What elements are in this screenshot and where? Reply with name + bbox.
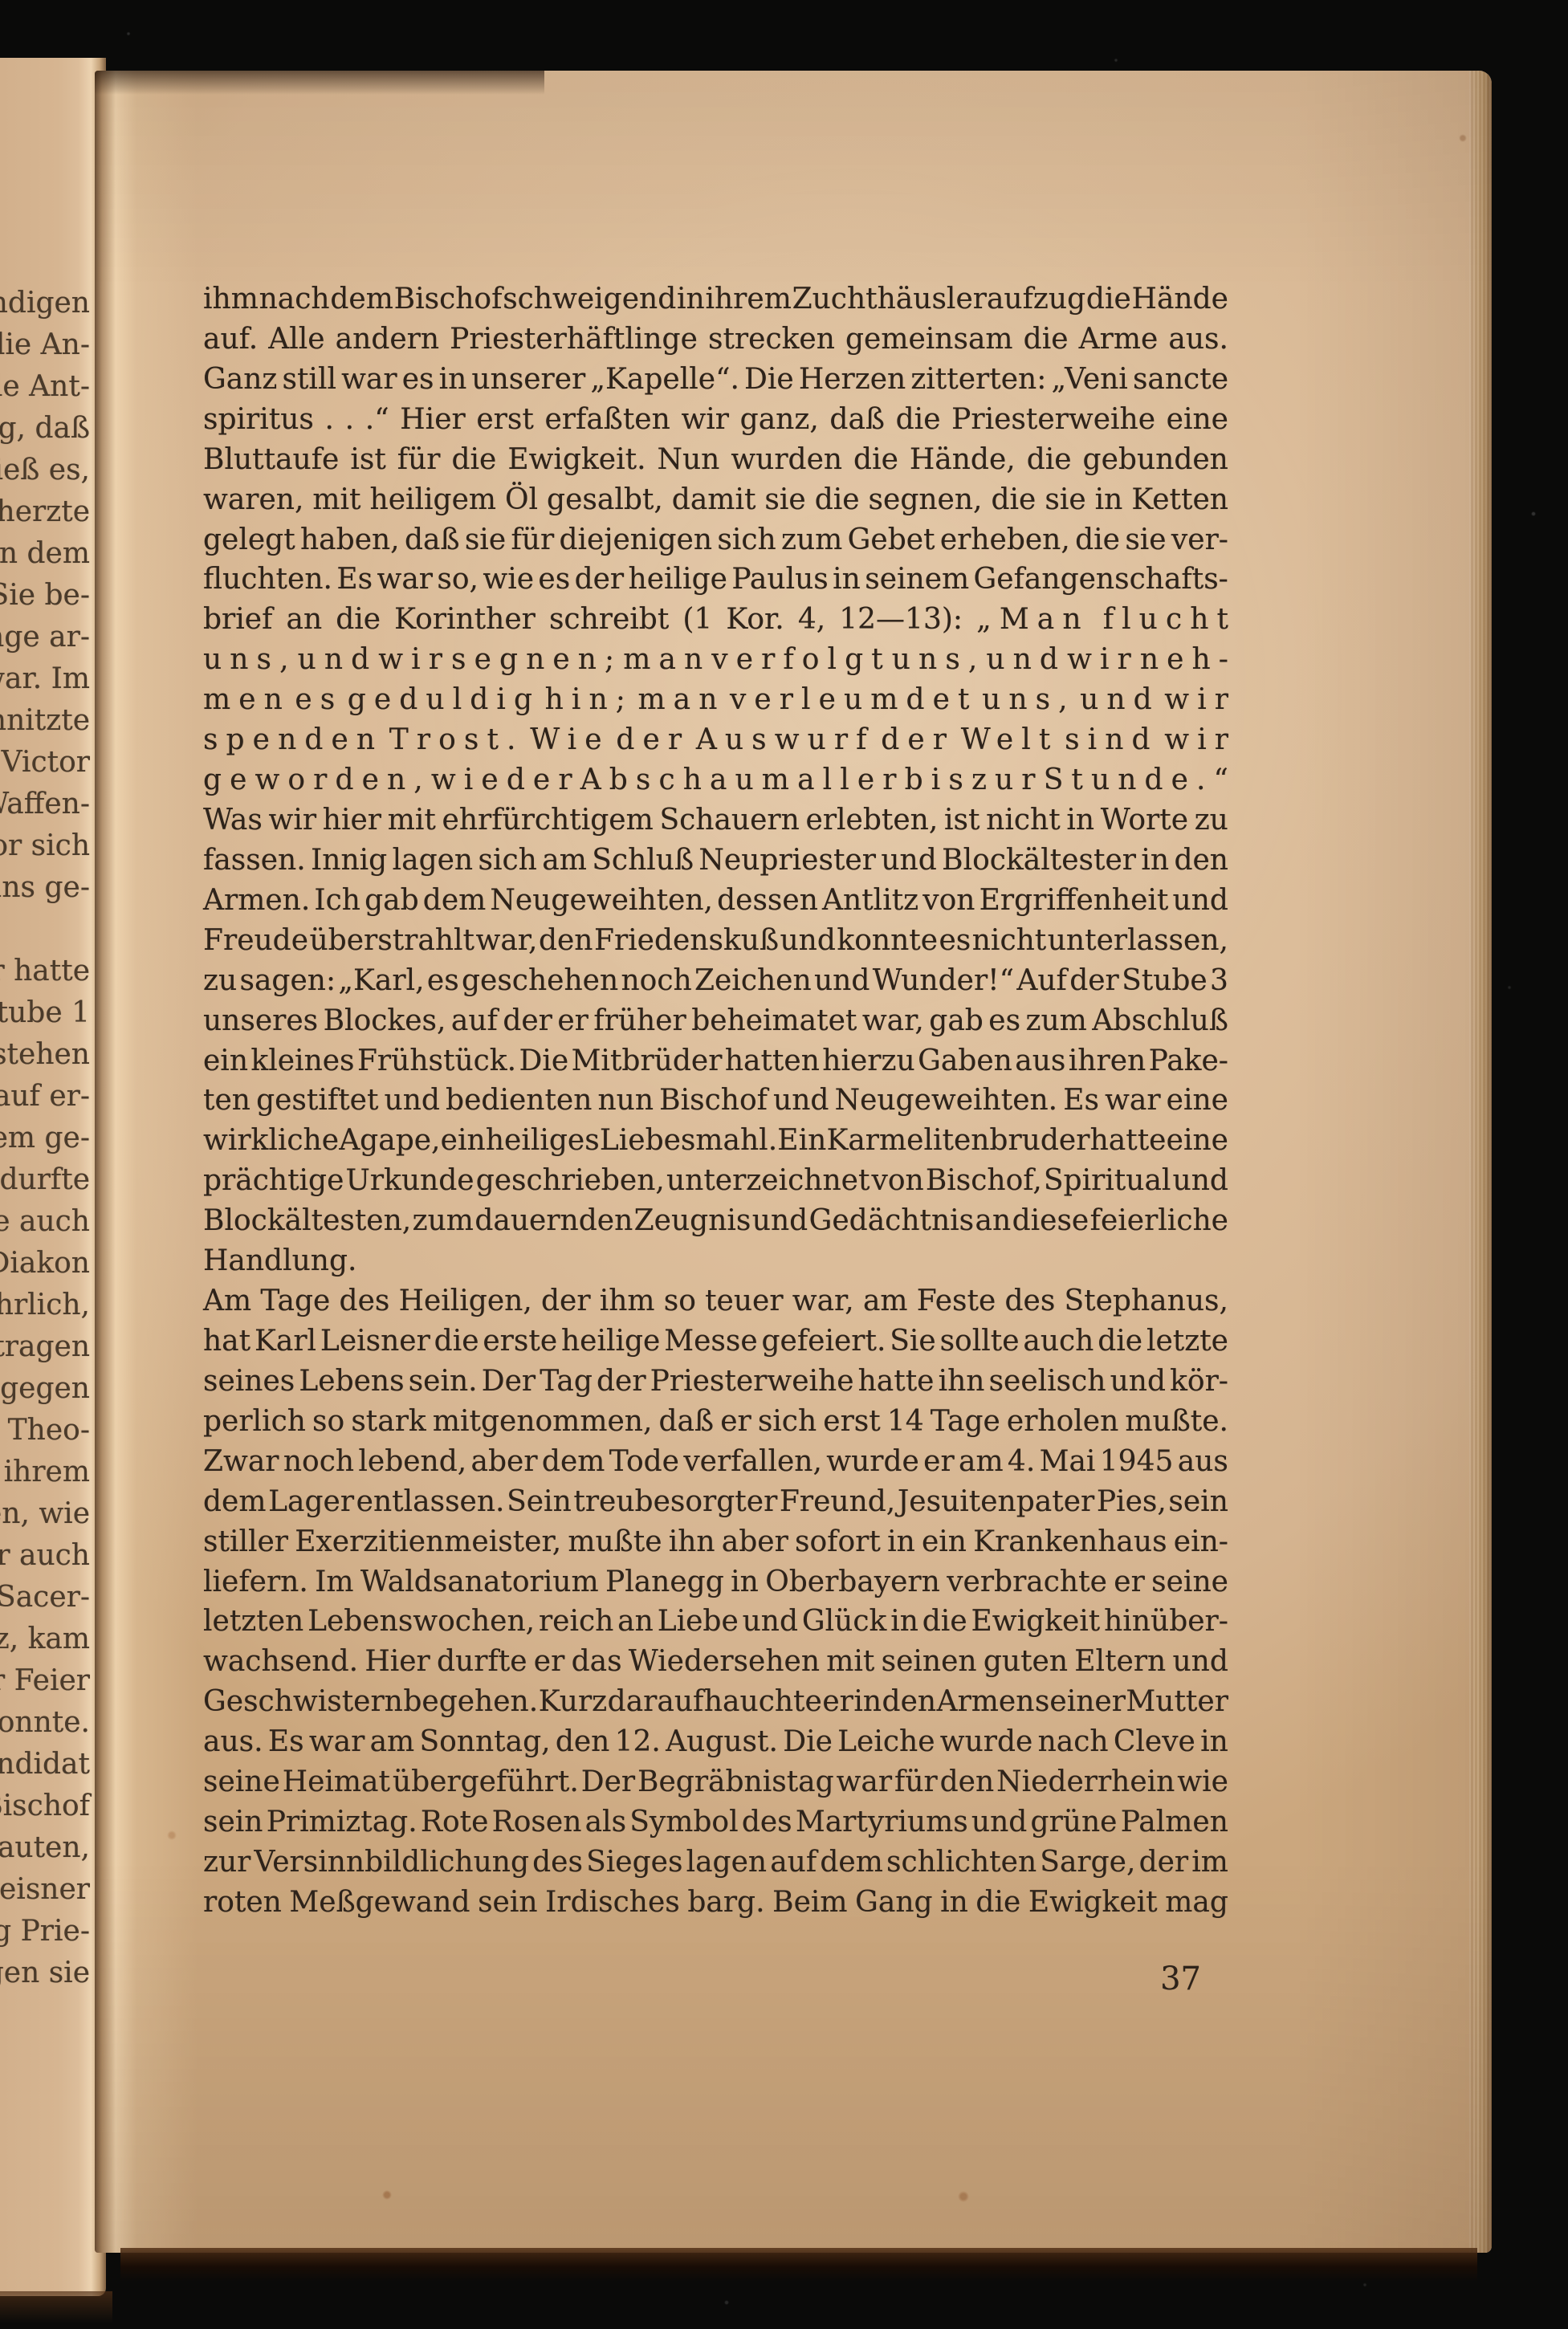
margin-fragment: rl Leisner (0, 1869, 90, 1911)
margin-fragment: hieß es, (0, 450, 90, 491)
text-line: Zwarnochlebend,aberdemTodeverfallen,wurd… (203, 1442, 1228, 1482)
margin-fragment: rschauten, (0, 1827, 90, 1869)
text-line: Freudeüberstrahltwar,denFriedenskußundko… (203, 921, 1228, 961)
text-line: gelegthaben,daßsiefürdiejenigensichzumGe… (203, 520, 1228, 560)
text-line: geworden,wiederAbschaumallerbiszurStunde… (203, 760, 1228, 800)
text-line: Armen.IchgabdemNeugeweihten,dessenAntlit… (203, 881, 1228, 921)
text-line: tengestiftetundbedientennunBischofundNeu… (203, 1081, 1228, 1121)
text-line: aus.EswaramSonntag,den12.August.DieLeich… (203, 1722, 1228, 1762)
margin-fragment: aber auch (0, 1535, 90, 1577)
margin-fragment: Waffen- (0, 784, 90, 825)
margin-fragment: ng, daß (0, 408, 90, 450)
margin-fragment: die An- (0, 324, 90, 366)
text-line: auf.AlleandernPriesterhäftlingestreckeng… (203, 320, 1228, 360)
margin-fragment: das Sacer- (0, 1577, 90, 1618)
margin-fragment: Beherzte (0, 491, 90, 533)
text-line: liefern.ImWaldsanatoriumPlanegginOberbay… (203, 1562, 1228, 1602)
text-line: ihmnachdemBischofschweigendinihremZuchth… (203, 279, 1228, 320)
text-line: AmTagedesHeiligen,derihmsoteuerwar,amFes… (203, 1281, 1228, 1321)
margin-fragment: er Bischof (0, 1785, 90, 1827)
margin-fragment: ißig Prie- (0, 1911, 90, 1952)
margin-fragment: er hatte (0, 951, 90, 992)
margin-fragment: nken, wie (0, 1493, 90, 1535)
margin-fragment: in ihrem (0, 1452, 90, 1493)
book-photo: ändigendie An-de Ant-ng, daßhieß es,Behe… (0, 0, 1568, 2329)
text-line: letztenLebenswochen,reichanLiebeundGlück… (203, 1602, 1228, 1642)
text-line: WaswirhiermitehrfürchtigemSchauernerlebt… (203, 800, 1228, 841)
text-line: einkleinesFrühstück.DieMitbrüderhattenhi… (203, 1041, 1228, 1081)
text-line: seineHeimatübergeführt.DerBegräbnistagwa… (203, 1762, 1228, 1802)
text-line: hatKarlLeisnerdieersteheiligeMessegefeie… (203, 1321, 1228, 1362)
margin-fragment: d durfte (0, 1159, 90, 1201)
margin-fragment: ft Victor (0, 742, 90, 784)
text-line: wachsend.HierdurfteerdasWiedersehenmitse… (203, 1642, 1228, 1682)
margin-fragment: uns ge- (0, 867, 90, 909)
text-line: uns,undwirsegnen;manverfolgtuns,undwirne… (203, 640, 1228, 680)
text-line: Ganzstillwaresinunserer„Kapelle“.DieHerz… (203, 360, 1228, 400)
margin-fragment: r stehen (0, 1034, 90, 1076)
margin-fragment: nie auch (0, 1201, 90, 1243)
margin-fragment: schnitzte (0, 700, 90, 742)
margin-fragment: arauf er- (0, 1076, 90, 1118)
text-line: spiritus...“Hierersterfaßtenwirganz,daßd… (203, 400, 1228, 440)
margin-fragment: Wahrlich, (0, 1285, 90, 1326)
margin-fragment: ändigen (0, 283, 90, 324)
margin-fragment: konnte. (0, 1702, 90, 1744)
margin-fragment: ekandidat (0, 1744, 90, 1785)
text-line: menesgeduldighin;manverleumdetuns,undwir (203, 680, 1228, 720)
main-text-block: ihmnachdemBischofschweigendinihremZuchth… (203, 279, 1228, 1923)
text-line: Geschwisternbegehen.Kurzdaraufhauchteeri… (203, 1682, 1228, 1722)
text-line: seinesLebenssein.DerTagderPriesterweiheh… (203, 1362, 1228, 1402)
text-line: Blockältesten,zumdauerndenZeugnisundGedä… (203, 1201, 1228, 1241)
margin-fragment: . Sie be- (0, 575, 90, 617)
margin-fragment: Stube 1 (0, 992, 90, 1034)
text-line: stillerExerzitienmeister,mußteihnabersof… (203, 1522, 1228, 1562)
margin-fragment: ßig Theo- (0, 1410, 90, 1452)
text-line: wirklicheAgape,einheiligesLiebesmahl.Ein… (203, 1121, 1228, 1161)
text-line: spendenTrost.WiederAuswurfderWeltsindwir (203, 720, 1228, 760)
text-line: seinPrimiztag.RoteRosenalsSymboldesMarty… (203, 1802, 1228, 1842)
left-margin-fragments: ändigendie An-de Ant-ng, daßhieß es,Behe… (5, 0, 90, 2329)
margin-fragment: inge ar- (0, 617, 90, 658)
margin-fragment: g zugegen (0, 1368, 90, 1410)
text-line: BluttaufeistfürdieEwigkeit.NunwurdendieH… (203, 440, 1228, 480)
margin-fragment: war. Im (0, 658, 90, 700)
margin-fragment: de Ant- (0, 366, 90, 408)
text-line: zurVersinnbildlichungdesSiegeslagenaufde… (203, 1842, 1228, 1883)
text-line: unseresBlockes,aufdererfrüherbeheimatetw… (203, 1001, 1228, 1041)
text-line: fluchten.Eswarso,wieesderheiligePaulusin… (203, 560, 1228, 600)
page-number: 37 (203, 1959, 1228, 1999)
text-line: perlichsostarkmitgenommen,daßersicherst1… (203, 1402, 1228, 1442)
margin-fragment: dem ge- (0, 1118, 90, 1159)
page-bottom-shadow (120, 2248, 1477, 2282)
margin-fragment: r Diakon (0, 1243, 90, 1285)
text-line: zusagen:„Karl,esgeschehennochZeichenundW… (203, 961, 1228, 1001)
text-line: waren,mitheiligemÖlgesalbt,damitsiediese… (203, 480, 1228, 520)
text-line: fassen.InniglagensichamSchlußNeupriester… (203, 841, 1228, 881)
text-line: briefandieKorintherschreibt(1Kor.4,12—13… (203, 600, 1228, 640)
text-line: rotenMeßgewandseinIrdischesbarg.BeimGang… (203, 1883, 1228, 1923)
margin-fragment: eser Feier (0, 1660, 90, 1702)
margin-fragment: en dem (0, 533, 90, 575)
text-line: Handlung. (203, 1241, 1228, 1281)
margin-fragment: vor sich (0, 825, 90, 867)
margin-fragment: imiz, kam (0, 1618, 90, 1660)
text-line: demLagerentlassen.SeintreubesorgterFreun… (203, 1482, 1228, 1522)
text-line: prächtigeUrkundegeschrieben,unterzeichne… (203, 1161, 1228, 1201)
margin-fragment: ertragen (0, 1326, 90, 1368)
margin-fragment: legen sie (0, 1952, 90, 1994)
